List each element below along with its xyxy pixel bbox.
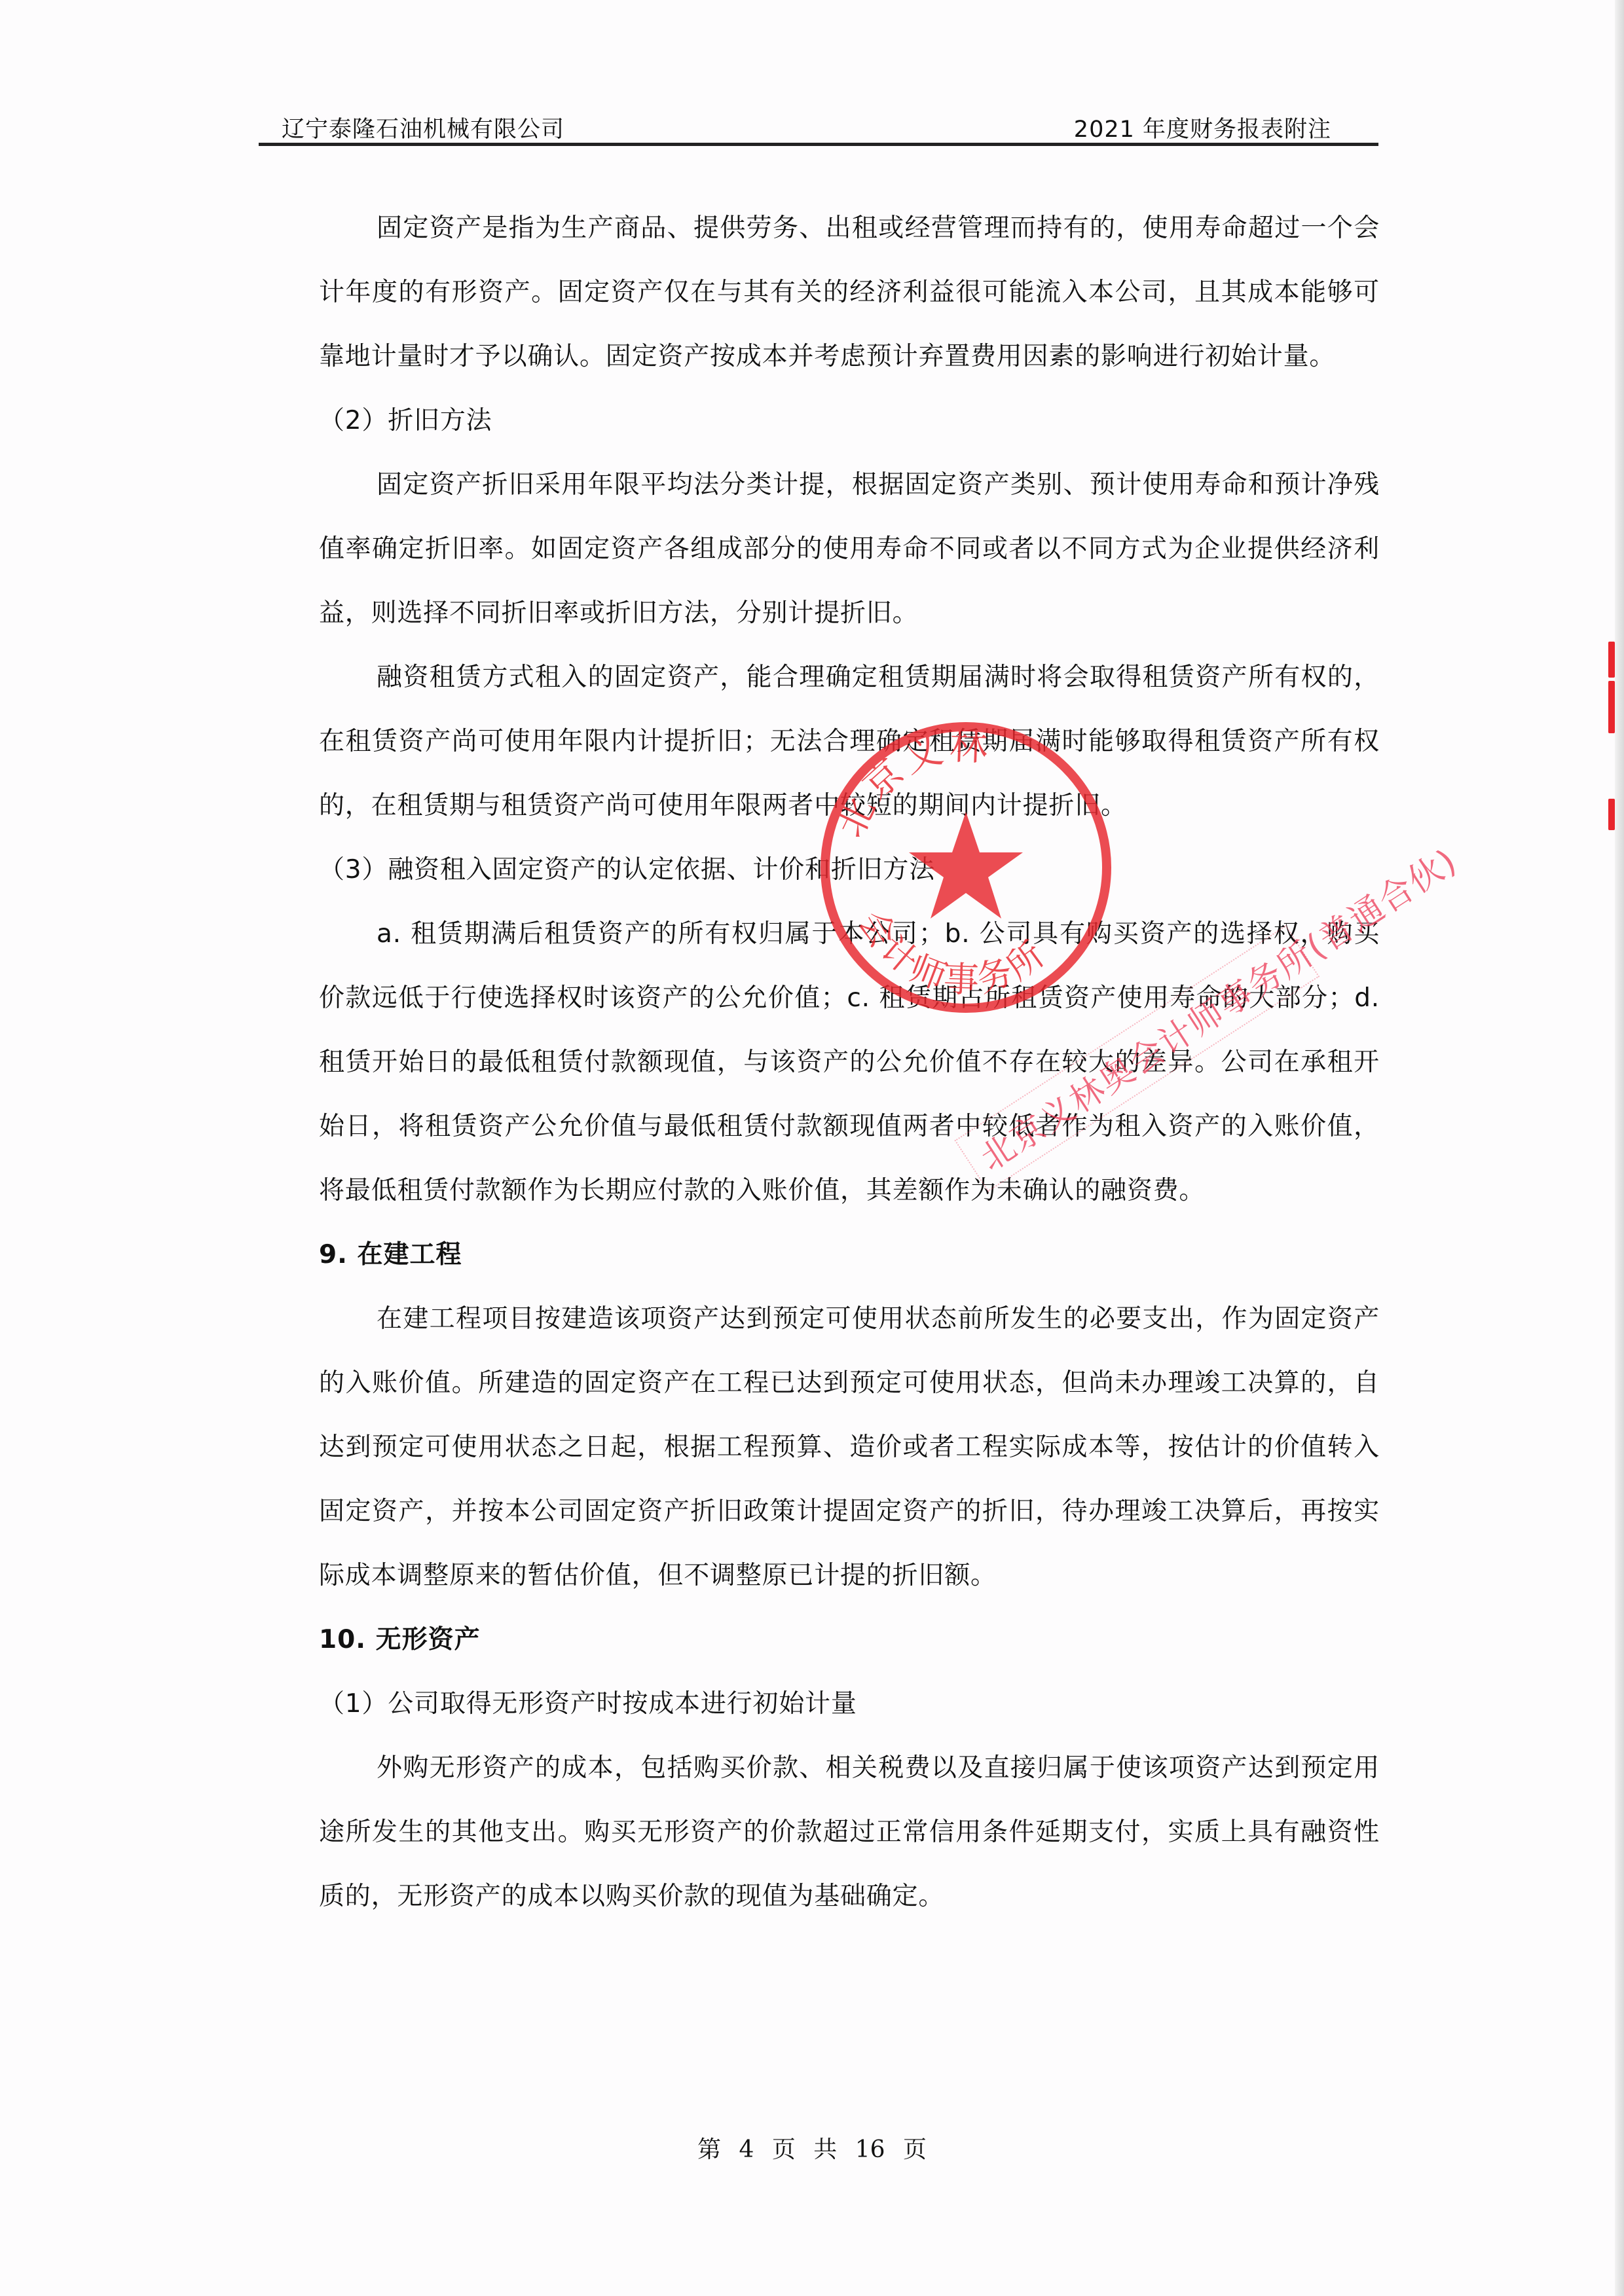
seam-stamp-mark [1608,799,1615,830]
section-heading-intangible-assets: 10. 无形资产 [319,1608,1380,1672]
subheading-depreciation-method: （2）折旧方法 [319,389,1380,453]
paragraph-depreciation: 固定资产折旧采用年限平均法分类计提，根据固定资产类别、预计使用寿命和预计净残值率… [319,453,1380,646]
paragraph-fixed-assets-definition: 固定资产是指为生产商品、提供劳务、出租或经营管理而持有的，使用寿命超过一个会计年… [319,196,1380,389]
subheading-finance-lease-criteria: （3）融资租入固定资产的认定依据、计价和折旧方法 [319,838,1380,902]
paragraph-finance-lease-depreciation: 融资租赁方式租入的固定资产，能合理确定租赁期届满时将会取得租赁资产所有权的，在租… [319,646,1380,838]
paragraph-finance-lease-criteria: a. 租赁期满后租赁资产的所有权归属于本公司；b. 公司具有购买资产的选择权，购… [319,902,1380,1223]
page-header: 辽宁泰隆石油机械有限公司 2021 年度财务报表附注 [259,98,1378,146]
seam-stamp-mark [1608,642,1615,678]
document-body: 固定资产是指为生产商品、提供劳务、出租或经营管理而持有的，使用寿命超过一个会计年… [319,196,1380,1929]
page-number: 第 4 页 共 16 页 [0,2131,1624,2164]
paragraph-intangible-purchase-cost: 外购无形资产的成本，包括购买价款、相关税费以及直接归属于使该项资产达到预定用途所… [319,1736,1380,1929]
seam-stamp-mark [1608,681,1615,733]
company-name: 辽宁泰隆石油机械有限公司 [282,111,564,144]
section-heading-construction-in-progress: 9. 在建工程 [319,1223,1380,1287]
page-edge [1615,0,1624,2296]
paragraph-construction-in-progress: 在建工程项目按建造该项资产达到预定可使用状态前所发生的必要支出，作为固定资产的入… [319,1287,1380,1608]
document-title: 2021 年度财务报表附注 [1074,111,1331,144]
subheading-intangible-initial-measurement: （1）公司取得无形资产时按成本进行初始计量 [319,1672,1380,1736]
